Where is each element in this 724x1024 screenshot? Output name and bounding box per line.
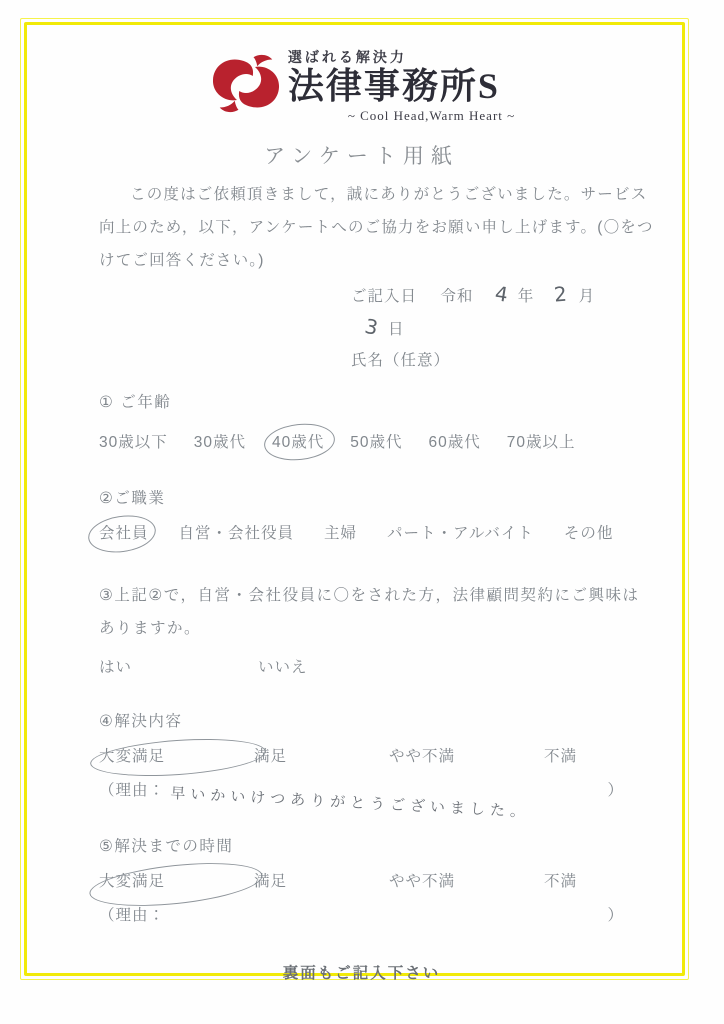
question-resolution-content-options: 大変満足 満足 やや不満 不満 (99, 744, 624, 766)
option-somewhat-dissatisfied: やや不満 (389, 869, 544, 891)
handwritten-month: 2 (552, 278, 568, 310)
option-60s: 60歳代 (429, 430, 481, 452)
date-label: ご記入日 (351, 281, 417, 312)
reason-line: （理由： ） (99, 903, 624, 925)
firm-tagline: 選ばれる解決力 (288, 47, 515, 67)
question-occupation: ②ご職業 会社員 自営・会社役員 主婦 パート・アルバイト その他 (99, 486, 624, 543)
option-50s: 50歳代 (350, 430, 402, 452)
question-resolution-time-options: 大変満足 満足 やや不満 不満 (99, 869, 624, 891)
option-dissatisfied: 不満 (544, 744, 624, 766)
firm-motto: ~ Cool Head,Warm Heart ~ (348, 108, 515, 124)
question-age-options: 30歳以下 30歳代 40歳代 50歳代 60歳代 70歳以上 (99, 430, 624, 452)
option-company-employee-selected: 会社員 (99, 521, 149, 543)
intro-paragraph: この度はご依頼頂きまして，誠にありがとうございました。サービス向上のため，以下，… (99, 178, 655, 277)
reason-open-label: （理由： (99, 778, 165, 800)
reason-close-label: ） (607, 903, 624, 925)
day-unit: 日 (388, 314, 405, 345)
era-label: 令和 (440, 281, 473, 312)
option-part-time: パート・アルバイト (387, 521, 534, 543)
option-40s-selected: 40歳代 (272, 430, 324, 452)
handwritten-reason: 早いかいけつありがとうございました。 (170, 782, 531, 822)
question-resolution-content: ④解決内容 大変満足 満足 やや不満 不満 （理由： 早いかいけつありがとうござ… (99, 709, 624, 800)
option-30s: 30歳代 (194, 430, 246, 452)
reason-line: （理由： 早いかいけつありがとうございました。 ） (99, 778, 624, 800)
month-unit: 月 (579, 281, 596, 312)
decorative-yellow-frame: 選ばれる解決力 法律事務所S ~ Cool Head,Warm Heart ~ … (24, 22, 685, 976)
form-content: 選ばれる解決力 法律事務所S ~ Cool Head,Warm Heart ~ … (27, 25, 682, 973)
firm-logo-header: 選ばれる解決力 法律事務所S ~ Cool Head,Warm Heart ~ (99, 47, 624, 124)
firm-logo-text: 選ばれる解決力 法律事務所S ~ Cool Head,Warm Heart ~ (288, 47, 515, 124)
option-dissatisfied: 不満 (544, 869, 624, 891)
option-over-70: 70歳以上 (507, 430, 576, 452)
question-age-label: ① ご年齢 (99, 390, 624, 412)
question-resolution-content-label: ④解決内容 (99, 709, 624, 731)
option-other: その他 (564, 521, 614, 543)
option-no: いいえ (258, 655, 308, 677)
reason-close-label: ） (607, 778, 624, 800)
option-housewife: 主婦 (324, 521, 357, 543)
name-field-label: 氏名（任意） (351, 345, 624, 376)
question-advisory-contract: ③上記②で，自営・会社役員に〇をされた方，法律顧問契約にご興味はありますか。 は… (99, 579, 624, 677)
handwritten-year: 4 (492, 278, 510, 311)
scanned-questionnaire-page: 選ばれる解決力 法律事務所S ~ Cool Head,Warm Heart ~ … (0, 0, 724, 1024)
option-yes: はい (99, 655, 258, 677)
firm-logo-icon (208, 52, 284, 118)
form-title: アンケート用紙 (99, 140, 624, 170)
handwritten-day: 3 (362, 311, 382, 344)
option-under-30: 30歳以下 (99, 430, 168, 452)
option-very-satisfied-selected: 大変満足 (99, 744, 254, 766)
question-occupation-label: ②ご職業 (99, 486, 624, 508)
option-satisfied: 満足 (254, 744, 389, 766)
entry-block: ご記入日 令和 4 年 2 月 3 日 氏名（任意） (351, 279, 624, 376)
question-age: ① ご年齢 30歳以下 30歳代 40歳代 50歳代 60歳代 70歳以上 (99, 390, 624, 452)
option-somewhat-dissatisfied: やや不満 (389, 744, 544, 766)
question-advisory-contract-label: ③上記②で，自営・会社役員に〇をされた方，法律顧問契約にご興味はありますか。 (99, 579, 655, 645)
option-self-employed: 自営・会社役員 (179, 521, 295, 543)
firm-name: 法律事務所S (288, 67, 515, 107)
question-occupation-options: 会社員 自営・会社役員 主婦 パート・アルバイト その他 (99, 521, 624, 543)
question-resolution-time-label: ⑤解決までの時間 (99, 834, 624, 856)
question-advisory-contract-options: はい いいえ (99, 655, 624, 677)
backside-note: 裏面もご記入下さい (99, 961, 624, 983)
option-satisfied: 満足 (254, 869, 389, 891)
question-resolution-time: ⑤解決までの時間 大変満足 満足 やや不満 不満 （理由： ） (99, 834, 624, 925)
reason-open-label: （理由： (99, 903, 165, 925)
option-very-satisfied-selected: 大変満足 (99, 869, 254, 891)
fill-date-line: ご記入日 令和 4 年 2 月 3 日 (351, 279, 624, 345)
year-unit: 年 (518, 281, 535, 312)
